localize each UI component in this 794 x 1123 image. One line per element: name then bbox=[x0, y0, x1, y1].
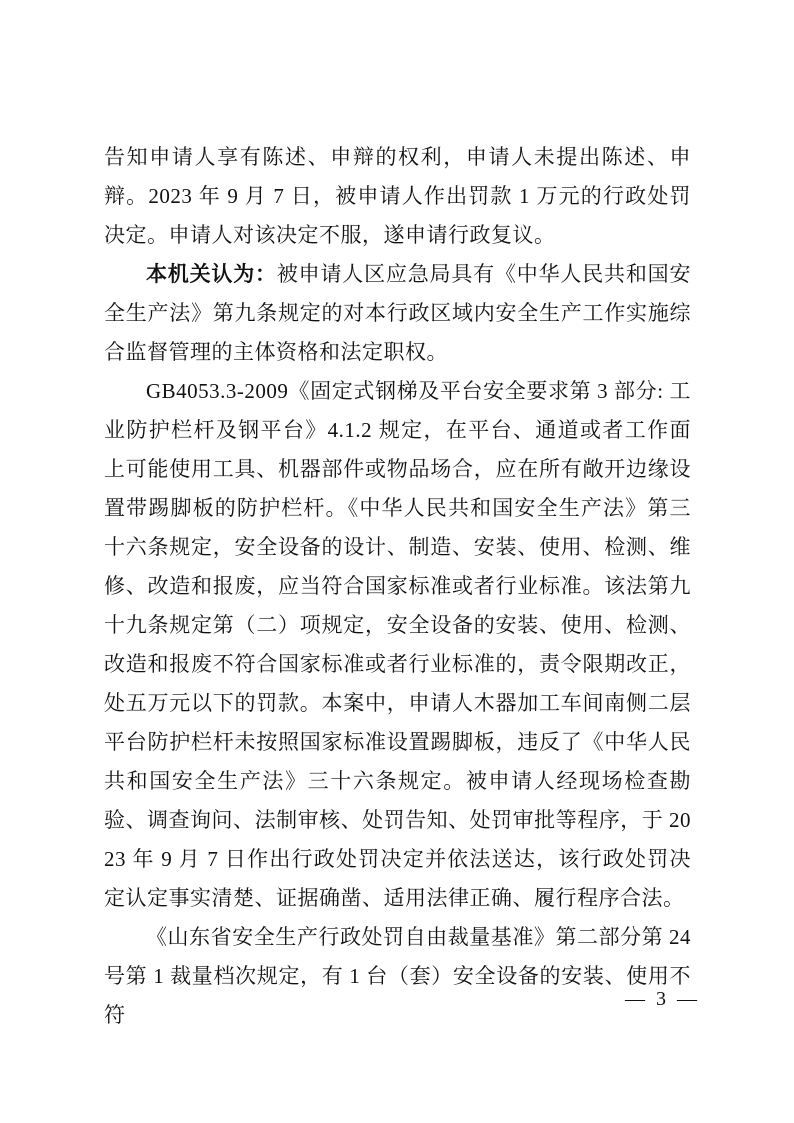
document-page: 告知申请人享有陈述、申辩的权利，申请人未提出陈述、申辩。2023 年 9 月 7… bbox=[0, 0, 794, 1123]
paragraph-continuation: 告知申请人享有陈述、申辩的权利，申请人未提出陈述、申辩。2023 年 9 月 7… bbox=[104, 138, 691, 255]
paragraph-discretion-standard: 《山东省安全生产行政处罚自由裁量基准》第二部分第 24 号第 1 裁量档次规定，… bbox=[104, 918, 691, 1035]
paragraph-authority-opinion: 本机关认为：被申请人区应急局具有《中华人民共和国安全生产法》第九条规定的对本行政… bbox=[104, 255, 691, 372]
paragraph-legal-basis: GB4053.3-2009《固定式钢梯及平台安全要求第 3 部分: 工业防护栏杆… bbox=[104, 372, 691, 918]
document-body: 告知申请人享有陈述、申辩的权利，申请人未提出陈述、申辩。2023 年 9 月 7… bbox=[104, 138, 691, 1035]
page-number: — 3 — bbox=[625, 988, 700, 1011]
paragraph-lead-bold: 本机关认为： bbox=[146, 262, 277, 286]
